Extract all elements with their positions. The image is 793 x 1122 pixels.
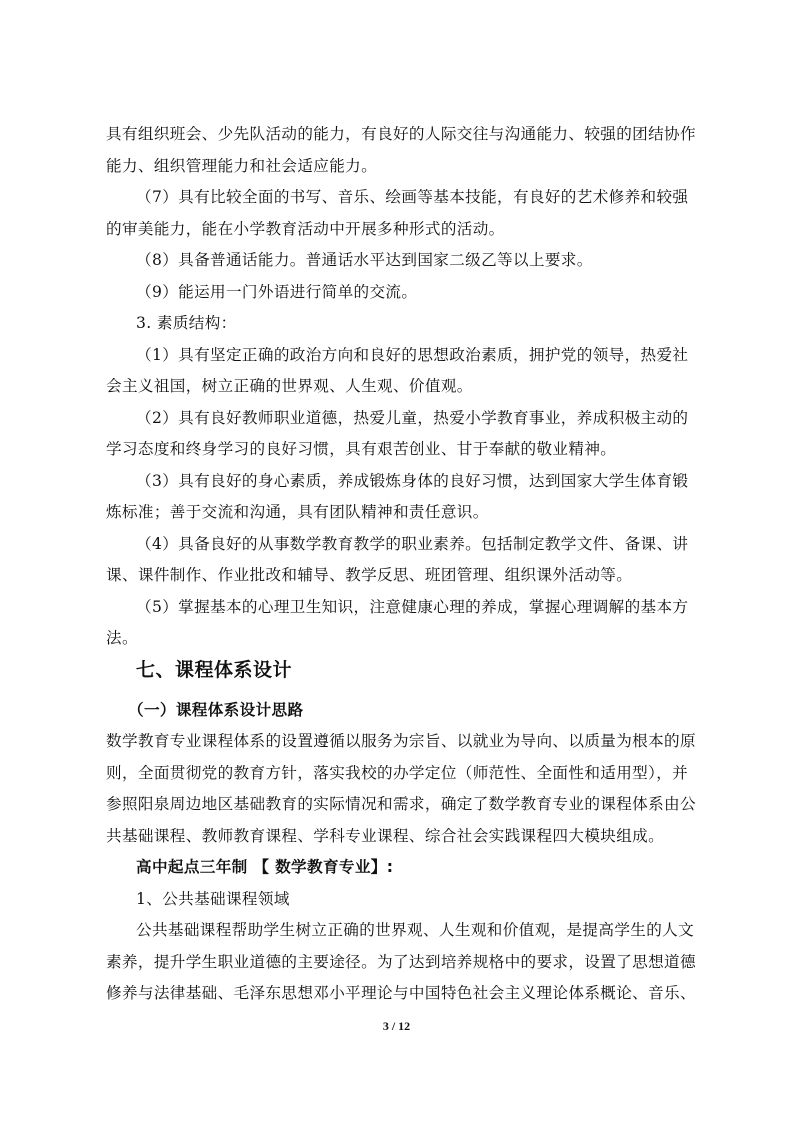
list-item-3: （3）具有良好的身心素质，养成锻炼身体的良好习惯，达到国家大学生体育锻 <box>136 471 688 491</box>
page-number: 3 / 12 <box>0 1019 793 1034</box>
paragraph-line: 修养与法律基础、毛泽东思想邓小平理论与中国特色社会主义理论体系概论、音乐、 <box>106 983 696 1003</box>
list-item-2: （2）具有良好教师职业道德，热爱儿童，热爱小学教育事业，养成积极主动的 <box>136 408 688 428</box>
list-item-4: （4）具备良好的从事数学教育教学的职业素养。包括制定教学文件、备课、讲 <box>136 534 688 554</box>
list-item-9: （9）能运用一门外语进行简单的交流。 <box>136 282 417 302</box>
section-heading-quality-structure: 3. 素质结构： <box>136 313 237 333</box>
list-item-5: （5）掌握基本的心理卫生知识，注意健康心理的养成，掌握心理调解的基本方 <box>136 597 688 617</box>
paragraph-line: 课、课件制作、作业批改和辅导、教学反思、班团管理、组织课外活动等。 <box>106 565 632 585</box>
program-heading: 高中起点三年制 【 数学教育专业】: <box>136 857 393 877</box>
paragraph-line: 数学教育专业课程体系的设置遵循以服务为宗旨、以就业为导向、以质量为根本的原 <box>106 731 696 751</box>
paragraph-line: 共基础课程、教师教育课程、学科专业课程、综合社会实践课程四大模块组成。 <box>106 826 664 846</box>
paragraph-line: 公共基础课程帮助学生树立正确的世界观、人生观和价值观，是提高学生的人文 <box>136 920 694 940</box>
paragraph-line: 则，全面贯彻党的教育方针，落实我校的办学定位（师范性、全面性和适用型），并 <box>106 763 688 783</box>
paragraph-line: 具有组织班会、少先队活动的能力，有良好的人际交往与沟通能力、较强的团结协作 <box>106 124 696 144</box>
paragraph-line: 能力、组织管理能力和社会适应能力。 <box>106 156 377 176</box>
list-item-7: （7）具有比较全面的书写、音乐、绘画等基本技能，有良好的艺术修养和较强 <box>136 187 688 207</box>
list-item-8: （8）具备普通话能力。普通话水平达到国家二级乙等以上要求。 <box>136 250 593 270</box>
chapter-heading: 七、课程体系设计 <box>136 660 292 680</box>
paragraph-line: 炼标准；善于交流和沟通，具有团队精神和责任意识。 <box>106 502 489 522</box>
paragraph-line: 会主义祖国，树立正确的世界观、人生观、价值观。 <box>106 376 473 396</box>
list-item-1: （1）具有坚定正确的政治方向和良好的思想政治素质，拥护党的领导，热爱社 <box>136 345 688 365</box>
paragraph-line: 学习态度和终身学习的良好习惯，具有艰苦创业、甘于奉献的敬业精神。 <box>106 439 616 459</box>
paragraph-line: 参照阳泉周边地区基础教育的实际情况和需求，确定了数学教育专业的课程体系由公 <box>106 794 696 814</box>
paragraph-line: 素养，提升学生职业道德的主要途径。为了达到培养规格中的要求，设置了思想道德 <box>106 952 696 972</box>
paragraph-line: 法。 <box>106 628 138 648</box>
document-page: 具有组织班会、少先队活动的能力，有良好的人际交往与沟通能力、较强的团结协作 能力… <box>0 0 793 1122</box>
paragraph-line: 的审美能力，能在小学教育活动中开展多种形式的活动。 <box>106 219 505 239</box>
subsection-heading: （一）课程体系设计思路 <box>128 700 303 720</box>
course-area-heading: 1、公共基础课程领域 <box>136 889 290 909</box>
